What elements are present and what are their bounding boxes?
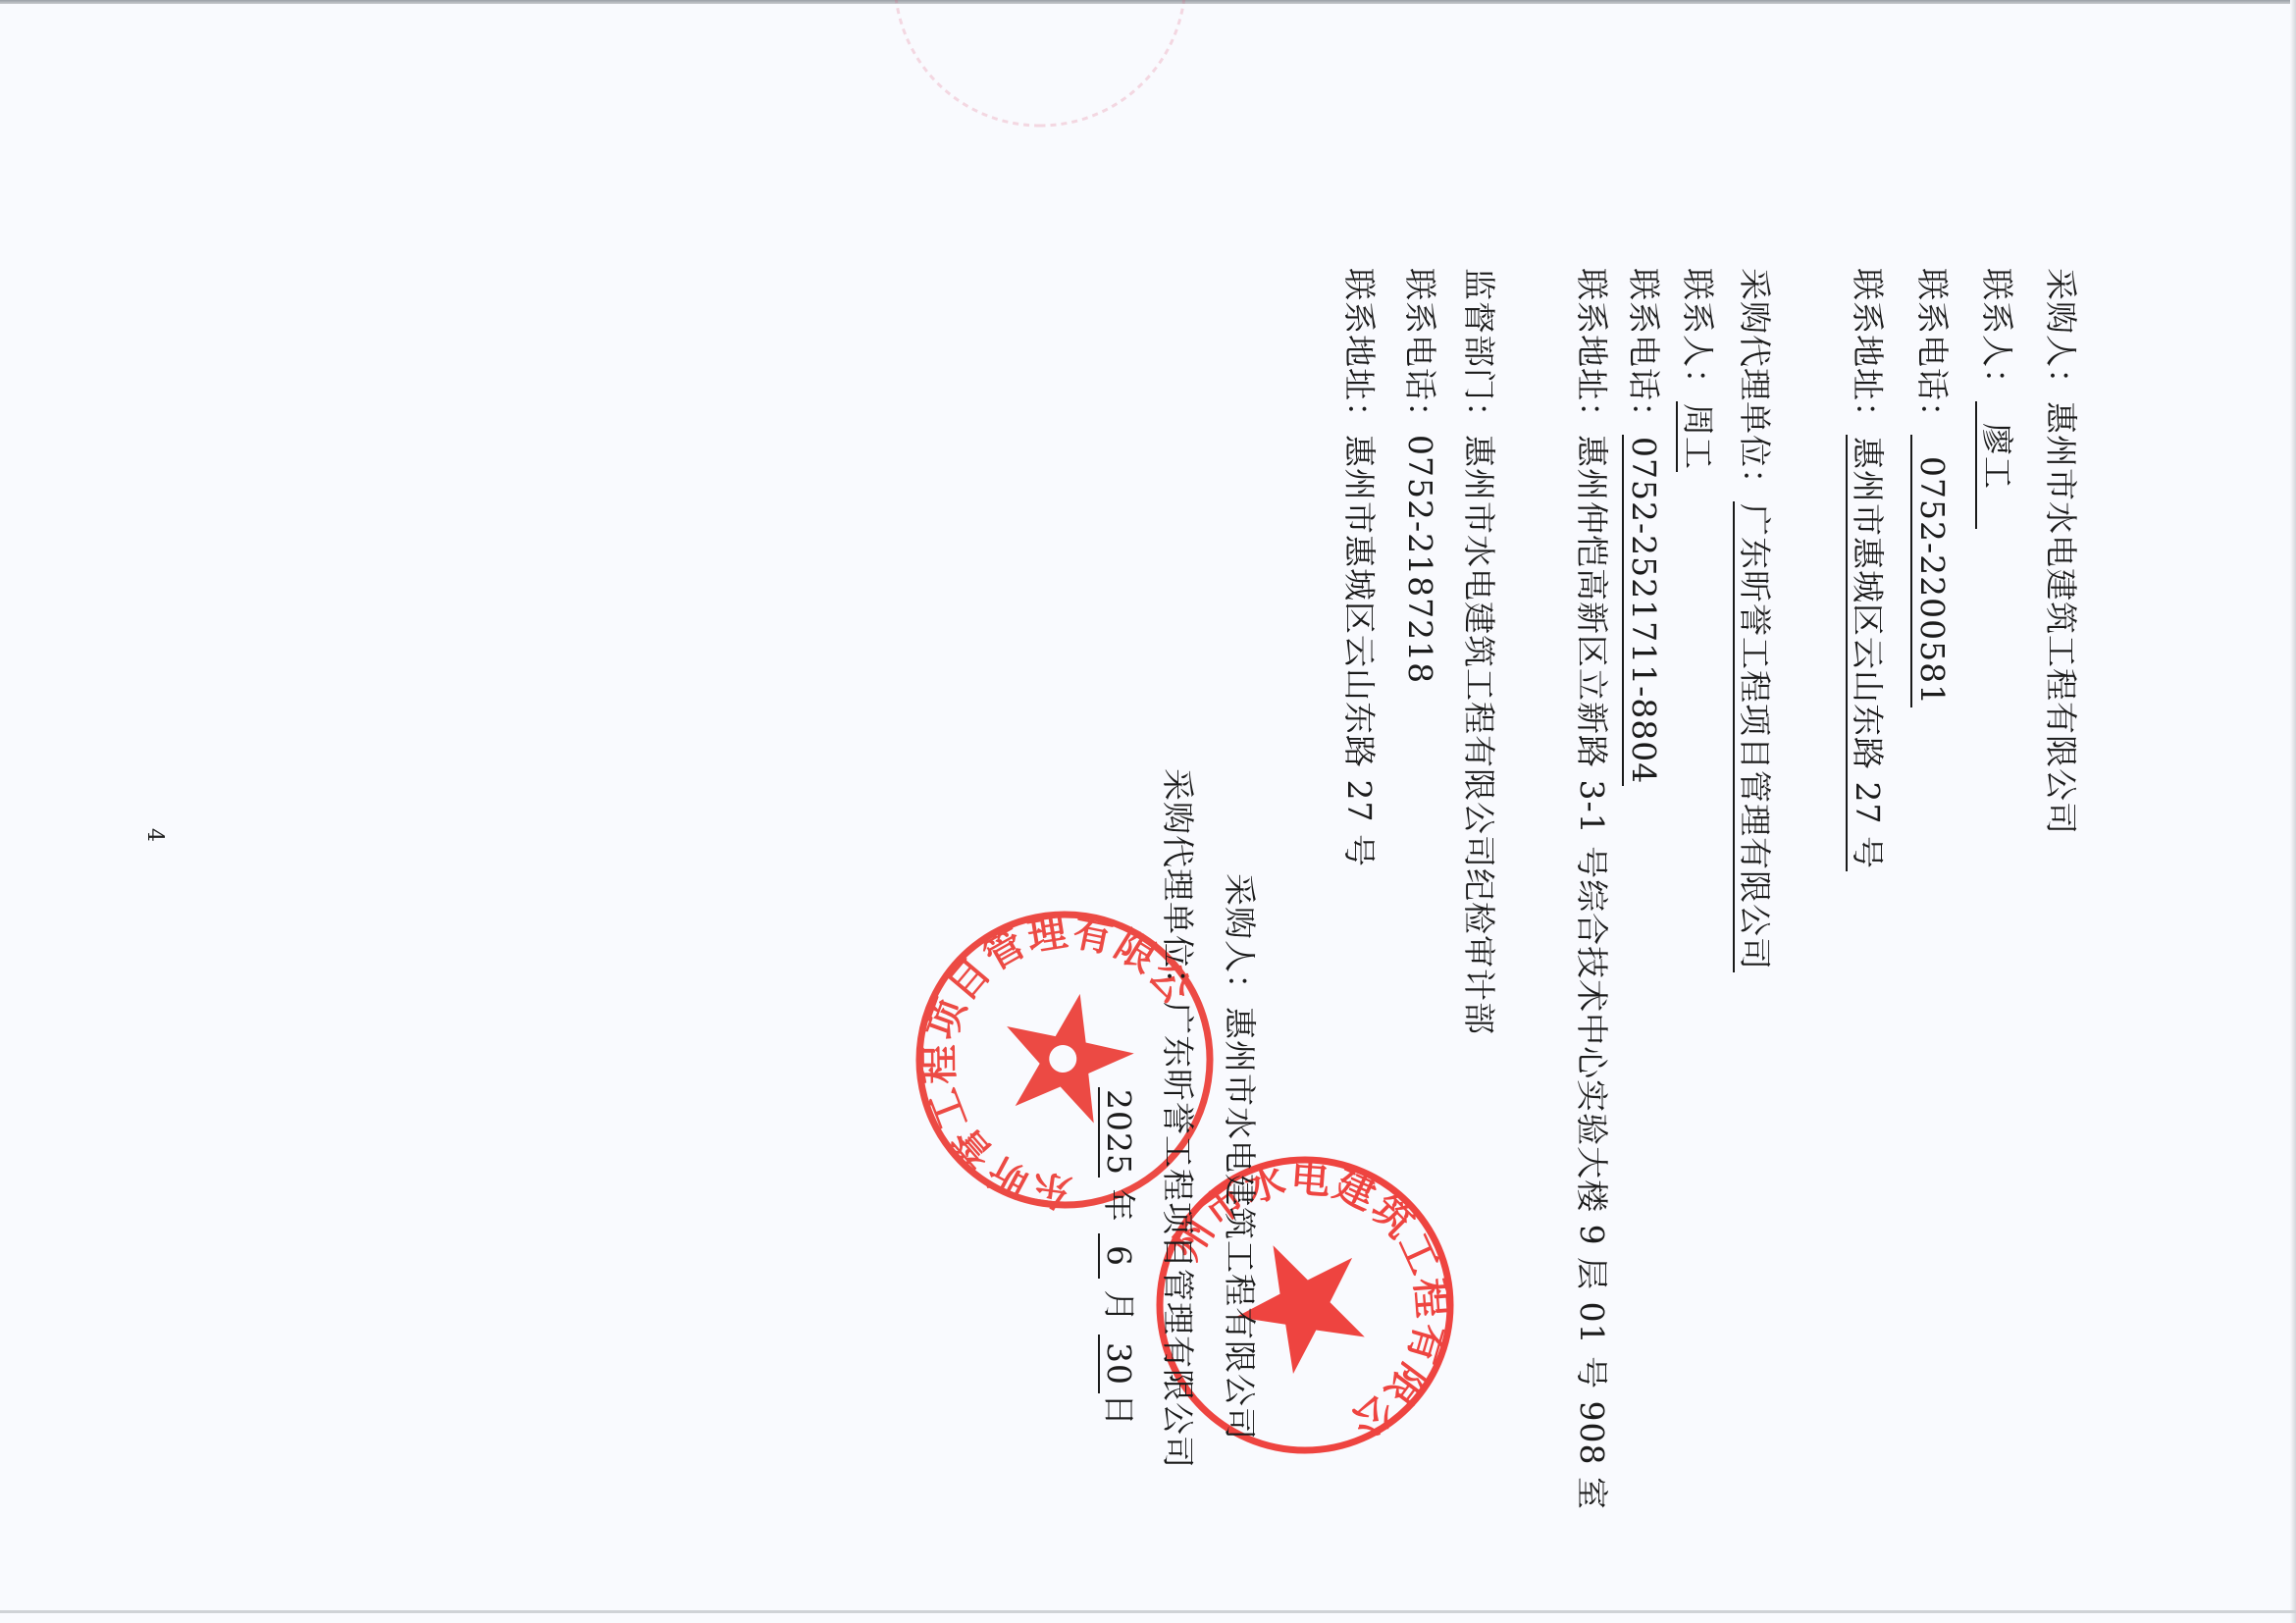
- supervision-phone-value: 0752-2187218: [1401, 435, 1439, 684]
- signature-date-line: 2025 年 6 月 30日: [1099, 1087, 1138, 1427]
- purchaser-contact-value: 廖工: [1975, 401, 2016, 529]
- agency-label: 采购代理单位：: [1736, 268, 1774, 501]
- signature-purchaser-label: 采购人：: [1221, 873, 1259, 1007]
- purchaser-address-label: 联系地址：: [1849, 268, 1887, 435]
- agency-value: 广东昕誉工程项目管理有限公司: [1733, 501, 1774, 972]
- svg-text:广东昕誉工程项目管理有限公司: 广东昕誉工程项目管理有限公司: [809, 832, 1211, 1254]
- date-day-unit: 日: [1100, 1393, 1138, 1427]
- date-year-unit: 年: [1100, 1188, 1138, 1222]
- supervision-value: 惠州市水电建筑工程有限公司纪检审计部: [1460, 435, 1498, 1035]
- agency-contact-line: 联系人：周工: [1678, 268, 1717, 472]
- purchaser-address-line: 联系地址：惠州市惠城区云山东路 27 号: [1848, 268, 1887, 871]
- supervision-phone-label: 联系电话：: [1401, 268, 1439, 435]
- signature-agency-label: 采购代理单位：: [1159, 768, 1197, 1002]
- date-day: 30: [1098, 1335, 1138, 1393]
- purchaser-label: 采购人：: [2042, 268, 2080, 401]
- supervision-label: 监督部门：: [1460, 268, 1498, 435]
- purchaser-phone-value: 0752-2200581: [1910, 435, 1952, 707]
- agency-address-line: 联系地址：惠州仲恺高新区立新路 3-1 号综合技术中心实验大楼 9 层 01 号…: [1572, 268, 1611, 1510]
- signature-purchaser-value: 惠州市水电建筑工程有限公司: [1221, 1007, 1259, 1440]
- agency-phone-label: 联系电话：: [1625, 268, 1663, 435]
- page-number: 4: [142, 828, 167, 842]
- purchaser-phone-line: 联系电话：0752-2200581: [1912, 268, 1952, 707]
- date-year: 2025: [1098, 1087, 1138, 1178]
- agency-seal-text: 广东昕誉工程项目管理有限公司: [809, 832, 1211, 1254]
- signature-agency-line: 采购代理单位：广东昕誉工程项目管理有限公司: [1158, 768, 1197, 1469]
- agency-contact-value: 周工: [1676, 401, 1717, 472]
- agency-address-value: 惠州仲恺高新区立新路 3-1 号综合技术中心实验大楼 9 层 01 号 908 …: [1573, 435, 1611, 1510]
- ghost-seal: [883, 0, 1197, 137]
- agency-contact-label: 联系人：: [1679, 268, 1717, 401]
- supervision-address-line: 联系地址：惠州市惠城区云山东路 27 号: [1339, 268, 1379, 867]
- supervision-phone-line: 联系电话：0752-2187218: [1400, 268, 1439, 684]
- supervision-line: 监督部门：惠州市水电建筑工程有限公司纪检审计部: [1459, 268, 1498, 1035]
- signature-purchaser-line: 采购人：惠州市水电建筑工程有限公司: [1220, 873, 1259, 1440]
- document-page: 采购人：惠州市水电建筑工程有限公司 联系人：廖工 联系电话：0752-22005…: [0, 0, 2296, 1623]
- purchaser-contact-line: 联系人：廖工: [1977, 268, 2016, 529]
- purchaser-phone-label: 联系电话：: [1913, 268, 1952, 435]
- purchaser-value: 惠州市水电建筑工程有限公司: [2042, 401, 2080, 835]
- agency-line: 采购代理单位：广东昕誉工程项目管理有限公司: [1735, 268, 1774, 972]
- supervision-address-label: 联系地址：: [1340, 268, 1379, 435]
- signature-agency-value: 广东昕誉工程项目管理有限公司: [1159, 1002, 1197, 1469]
- agency-address-label: 联系地址：: [1573, 268, 1611, 435]
- date-month-unit: 月: [1100, 1289, 1138, 1323]
- supervision-address-value: 惠州市惠城区云山东路 27 号: [1340, 435, 1379, 867]
- purchaser-address-value: 惠州市惠城区云山东路 27 号: [1846, 435, 1887, 871]
- purchaser-line: 采购人：惠州市水电建筑工程有限公司: [2041, 268, 2080, 835]
- agency-phone-value: 0752-2521711-8804: [1622, 435, 1663, 786]
- date-month: 6: [1098, 1233, 1138, 1279]
- agency-phone-line: 联系电话：0752-2521711-8804: [1624, 268, 1663, 786]
- purchaser-contact-label: 联系人：: [1978, 268, 2016, 401]
